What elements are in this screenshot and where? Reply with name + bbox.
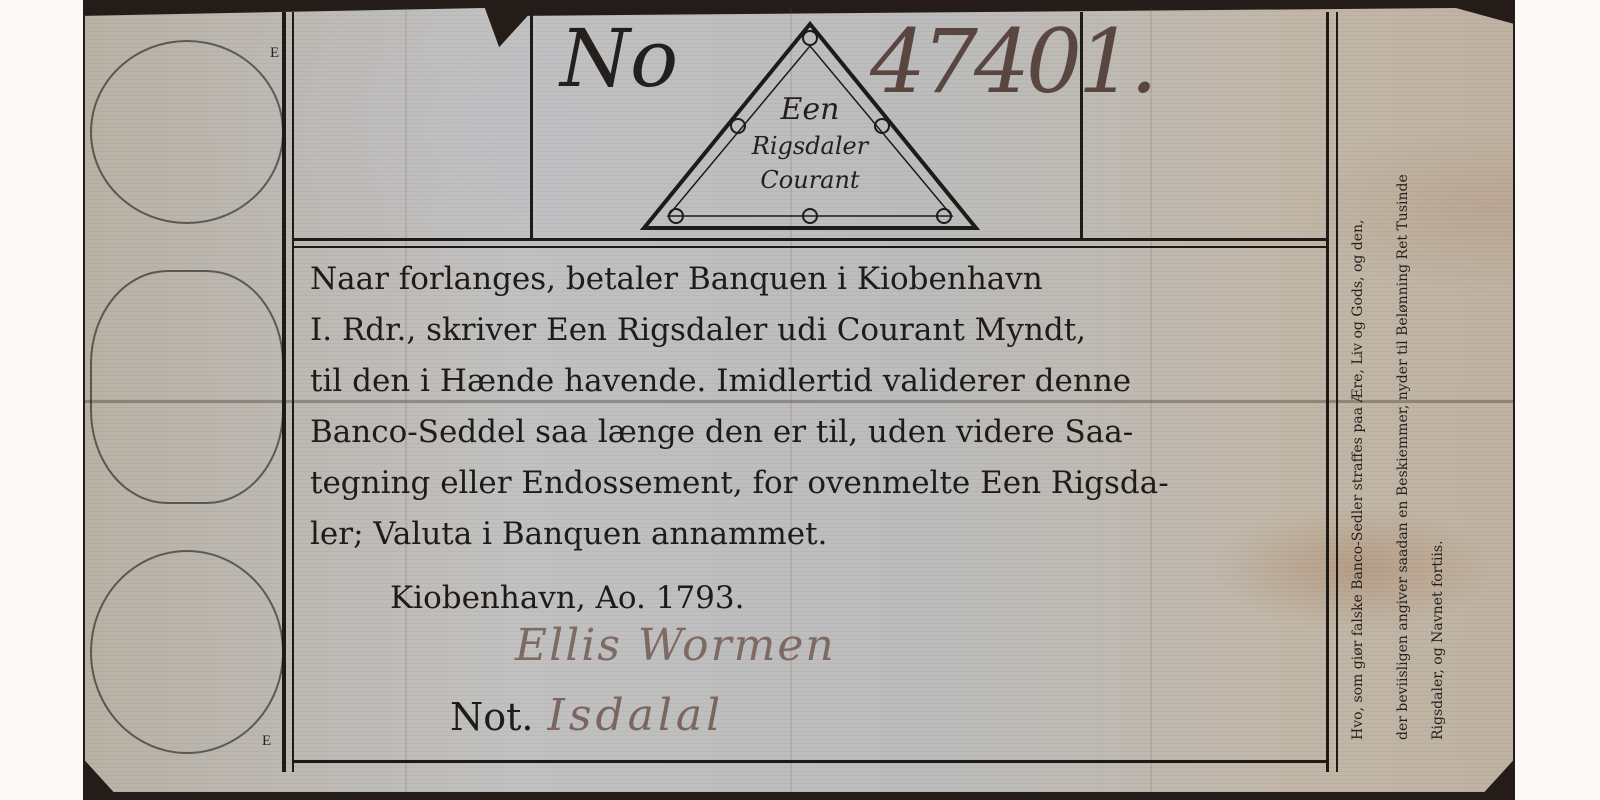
body-line: til den i Hænde havende. Imidlertid vali… — [310, 356, 1320, 407]
header-divider-inner — [292, 246, 1328, 248]
header-panel-line — [530, 12, 533, 238]
scroll-ornament-middle — [90, 270, 284, 504]
note-label: Not. — [450, 695, 533, 739]
scroll-ornament-bottom — [90, 550, 284, 754]
side-warning-line-3: Rigsdaler, og Navnet fortiis. — [1430, 440, 1446, 740]
body-line: Banco-Seddel saa længe den er til, uden … — [310, 407, 1320, 458]
promise-text: Naar forlanges, betaler Banquen i Kioben… — [310, 254, 1320, 560]
signature-1: Ellis Wormen — [515, 620, 836, 671]
denomination-triangle: Een Rigsdaler Courant — [640, 20, 980, 232]
signature-2: Isdalal — [547, 690, 724, 741]
side-warning-line-1: Hvo, som giør falske Banco-Sedler straff… — [1350, 40, 1366, 740]
body-line: Naar forlanges, betaler Banquen i Kioben… — [310, 254, 1320, 305]
denomination-rigsdaler: Rigsdaler — [640, 132, 980, 160]
left-frame-line-inner — [292, 12, 294, 772]
denomination-courant: Courant — [640, 166, 980, 194]
body-line: ler; Valuta i Banquen annammet. — [310, 509, 1320, 560]
plate-letter-top: E — [270, 45, 279, 62]
place-and-date: Kiobenhavn, Ao. 1793. — [390, 580, 745, 616]
note-signature-row: Not.Isdalal — [450, 690, 724, 741]
plate-letter-bottom: E — [262, 733, 271, 750]
scroll-ornament-top — [90, 40, 284, 224]
right-frame-line — [1326, 12, 1329, 772]
right-frame-line-inner — [1336, 12, 1338, 772]
denomination-een: Een — [640, 92, 980, 127]
body-line: I. Rdr., skriver Een Rigsdaler udi Coura… — [310, 305, 1320, 356]
bottom-frame-line — [292, 760, 1328, 763]
body-line: tegning eller Endossement, for ovenmelte… — [310, 458, 1320, 509]
side-warning-line-2: der beviisligen angiver saadan en Beskie… — [1395, 40, 1411, 740]
header-divider — [292, 238, 1328, 241]
